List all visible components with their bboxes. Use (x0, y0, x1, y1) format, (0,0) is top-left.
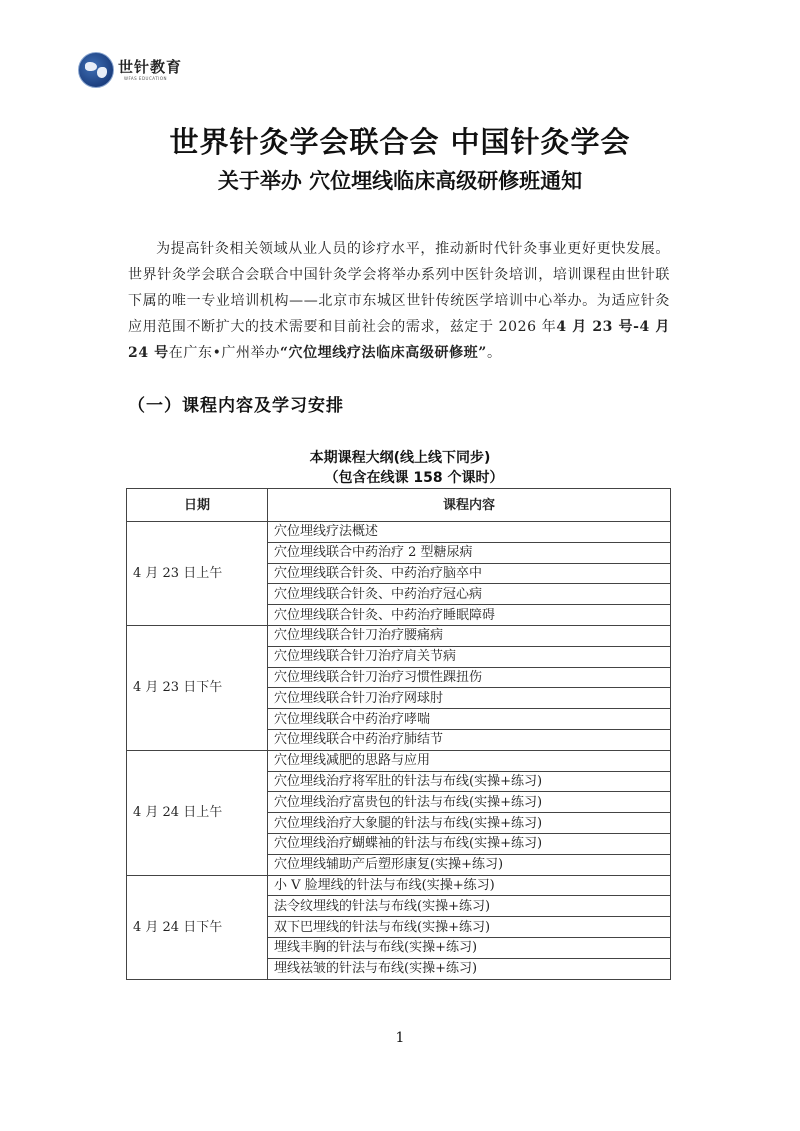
course-item: 穴位埋线辅助产后塑形康复(实操+练习) (268, 854, 671, 875)
course-item: 穴位埋线联合针刀治疗肩关节病 (268, 646, 671, 667)
course-item: 穴位埋线联合中药治疗肺结节 (268, 729, 671, 750)
course-item: 穴位埋线联合中药治疗 2 型糖尿病 (268, 542, 671, 563)
course-item: 穴位埋线联合针灸、中药治疗冠心病 (268, 584, 671, 605)
course-item: 穴位埋线治疗将军肚的针法与布线(实操+练习) (268, 771, 671, 792)
table-caption: 本期课程大纲(线上线下同步) （包含在线课 158 个课时） (0, 448, 800, 488)
course-item: 埋线丰胸的针法与布线(实操+练习) (268, 937, 671, 958)
document-subtitle: 关于举办 穴位埋线临床高级研修班通知 (0, 165, 800, 195)
logo: 世针教育 WFAS EDUCATION (78, 52, 182, 88)
table-row: 4 月 23 日下午穴位埋线联合针刀治疗腰痛病 (127, 625, 671, 646)
course-item: 穴位埋线减肥的思路与应用 (268, 750, 671, 771)
course-item: 穴位埋线治疗富贵包的针法与布线(实操+练习) (268, 792, 671, 813)
session-date: 4 月 24 日下午 (127, 875, 268, 979)
session-date: 4 月 23 日下午 (127, 625, 268, 750)
table-header-row: 日期 课程内容 (127, 489, 671, 522)
course-item: 穴位埋线治疗蝴蝶袖的针法与布线(实操+练习) (268, 833, 671, 854)
course-item: 小 V 脸埋线的针法与布线(实操+练习) (268, 875, 671, 896)
intro-end: 。 (487, 345, 502, 361)
intro-location: 在广东•广州举办 (169, 345, 280, 361)
page-number: 1 (0, 1030, 800, 1046)
course-item: 穴位埋线治疗大象腿的针法与布线(实操+练习) (268, 813, 671, 834)
session-date: 4 月 24 日上午 (127, 750, 268, 875)
course-item: 法令纹埋线的针法与布线(实操+练习) (268, 896, 671, 917)
course-item: 穴位埋线联合针刀治疗腰痛病 (268, 625, 671, 646)
intro-paragraph: 为提高针灸相关领域从业人员的诊疗水平，推动新时代针灸事业更好更快发展。世界针灸学… (128, 236, 670, 366)
course-outline-table: 日期 课程内容 4 月 23 日上午穴位埋线疗法概述穴位埋线联合中药治疗 2 型… (126, 488, 671, 980)
table-caption-line2: （包含在线课 158 个课时） (0, 468, 800, 488)
course-item: 双下巴埋线的针法与布线(实操+练习) (268, 917, 671, 938)
header-content: 课程内容 (268, 489, 671, 522)
course-item: 穴位埋线联合针刀治疗习惯性踝扭伤 (268, 667, 671, 688)
section-heading: （一）课程内容及学习安排 (128, 391, 344, 416)
course-item: 穴位埋线联合针灸、中药治疗睡眠障碍 (268, 605, 671, 626)
course-item: 埋线祛皱的针法与布线(实操+练习) (268, 958, 671, 979)
course-item: 穴位埋线联合针刀治疗网球肘 (268, 688, 671, 709)
document-title: 世界针灸学会联合会 中国针灸学会 (0, 120, 800, 161)
logo-name-cn: 世针教育 (118, 59, 182, 76)
table-row: 4 月 24 日上午穴位埋线减肥的思路与应用 (127, 750, 671, 771)
table-row: 4 月 24 日下午小 V 脸埋线的针法与布线(实操+练习) (127, 875, 671, 896)
header-date: 日期 (127, 489, 268, 522)
table-caption-line1: 本期课程大纲(线上线下同步) (0, 448, 800, 468)
logo-name-en: WFAS EDUCATION (124, 76, 182, 81)
table-row: 4 月 23 日上午穴位埋线疗法概述 (127, 522, 671, 543)
course-item: 穴位埋线疗法概述 (268, 522, 671, 543)
course-item: 穴位埋线联合针灸、中药治疗脑卒中 (268, 563, 671, 584)
session-date: 4 月 23 日上午 (127, 522, 268, 626)
intro-course-name: “穴位埋线疗法临床高级研修班” (280, 345, 487, 361)
globe-icon (78, 52, 114, 88)
course-item: 穴位埋线联合中药治疗哮喘 (268, 709, 671, 730)
